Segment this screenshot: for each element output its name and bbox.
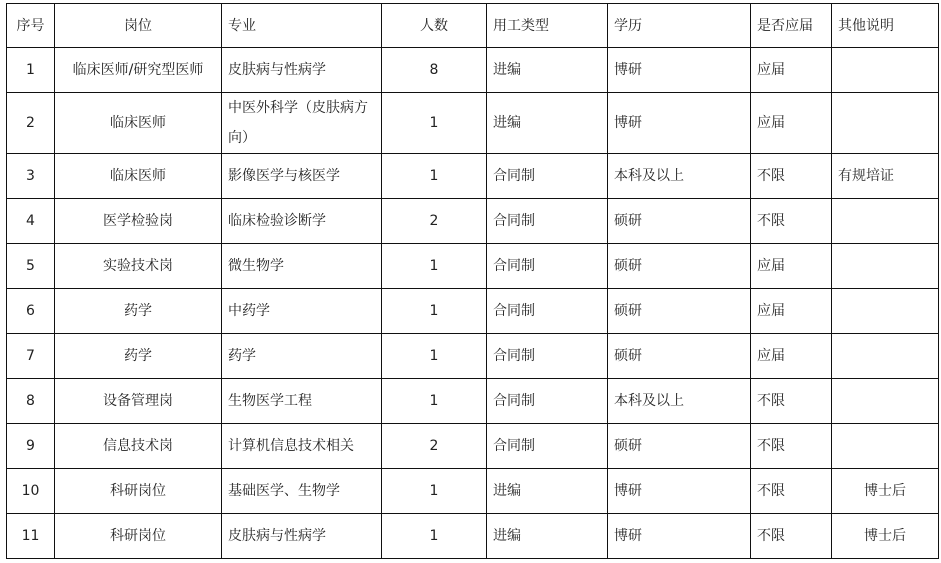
cell-employment-type: 进编: [487, 514, 608, 559]
cell-position: 临床医师: [55, 154, 222, 199]
header-fresh-grad: 是否应届: [751, 4, 832, 48]
cell-count: 1: [382, 93, 487, 154]
cell-major: 中医外科学（皮肤病方向）: [222, 93, 382, 154]
cell-education: 博研: [608, 514, 751, 559]
cell-position: 实验技术岗: [55, 244, 222, 289]
cell-education: 本科及以上: [608, 379, 751, 424]
table-row: 6 药学 中药学 1 合同制 硕研 应届: [7, 289, 939, 334]
recruitment-table: 序号 岗位 专业 人数 用工类型 学历 是否应届 其他说明 1 临床医师/研究型…: [6, 3, 939, 559]
header-position: 岗位: [55, 4, 222, 48]
cell-fresh-grad: 不限: [751, 424, 832, 469]
cell-notes: [832, 93, 939, 154]
cell-employment-type: 合同制: [487, 424, 608, 469]
table-row: 3 临床医师 影像医学与核医学 1 合同制 本科及以上 不限 有规培证: [7, 154, 939, 199]
cell-fresh-grad: 不限: [751, 514, 832, 559]
cell-employment-type: 进编: [487, 93, 608, 154]
cell-no: 10: [7, 469, 55, 514]
table-row: 8 设备管理岗 生物医学工程 1 合同制 本科及以上 不限: [7, 379, 939, 424]
cell-count: 8: [382, 48, 487, 93]
cell-notes: 博士后: [832, 514, 939, 559]
cell-education: 硕研: [608, 289, 751, 334]
cell-major: 影像医学与核医学: [222, 154, 382, 199]
cell-count: 1: [382, 154, 487, 199]
table-row: 1 临床医师/研究型医师 皮肤病与性病学 8 进编 博研 应届: [7, 48, 939, 93]
cell-major: 生物医学工程: [222, 379, 382, 424]
cell-fresh-grad: 不限: [751, 469, 832, 514]
cell-major: 皮肤病与性病学: [222, 514, 382, 559]
header-major: 专业: [222, 4, 382, 48]
cell-employment-type: 进编: [487, 469, 608, 514]
cell-position: 药学: [55, 289, 222, 334]
cell-education: 本科及以上: [608, 154, 751, 199]
cell-no: 11: [7, 514, 55, 559]
table-row: 11 科研岗位 皮肤病与性病学 1 进编 博研 不限 博士后: [7, 514, 939, 559]
cell-count: 1: [382, 469, 487, 514]
table-row: 2 临床医师 中医外科学（皮肤病方向） 1 进编 博研 应届: [7, 93, 939, 154]
cell-no: 2: [7, 93, 55, 154]
cell-fresh-grad: 不限: [751, 199, 832, 244]
cell-count: 1: [382, 244, 487, 289]
cell-education: 博研: [608, 48, 751, 93]
cell-education: 硕研: [608, 244, 751, 289]
cell-notes: [832, 199, 939, 244]
cell-employment-type: 合同制: [487, 244, 608, 289]
cell-employment-type: 合同制: [487, 379, 608, 424]
cell-position: 设备管理岗: [55, 379, 222, 424]
cell-position: 临床医师: [55, 93, 222, 154]
cell-notes: 有规培证: [832, 154, 939, 199]
cell-no: 3: [7, 154, 55, 199]
cell-count: 1: [382, 289, 487, 334]
cell-education: 硕研: [608, 424, 751, 469]
cell-position: 临床医师/研究型医师: [55, 48, 222, 93]
cell-employment-type: 合同制: [487, 154, 608, 199]
table-row: 4 医学检验岗 临床检验诊断学 2 合同制 硕研 不限: [7, 199, 939, 244]
header-notes: 其他说明: [832, 4, 939, 48]
cell-position: 药学: [55, 334, 222, 379]
cell-notes: 博士后: [832, 469, 939, 514]
cell-employment-type: 进编: [487, 48, 608, 93]
cell-count: 1: [382, 334, 487, 379]
cell-no: 9: [7, 424, 55, 469]
cell-count: 2: [382, 199, 487, 244]
cell-notes: [832, 48, 939, 93]
cell-no: 1: [7, 48, 55, 93]
cell-major: 皮肤病与性病学: [222, 48, 382, 93]
cell-major: 药学: [222, 334, 382, 379]
table-row: 5 实验技术岗 微生物学 1 合同制 硕研 应届: [7, 244, 939, 289]
cell-no: 8: [7, 379, 55, 424]
cell-employment-type: 合同制: [487, 334, 608, 379]
cell-major: 中药学: [222, 289, 382, 334]
cell-count: 1: [382, 514, 487, 559]
cell-major: 基础医学、生物学: [222, 469, 382, 514]
cell-position: 科研岗位: [55, 514, 222, 559]
cell-position: 信息技术岗: [55, 424, 222, 469]
cell-position: 医学检验岗: [55, 199, 222, 244]
cell-fresh-grad: 应届: [751, 289, 832, 334]
cell-no: 7: [7, 334, 55, 379]
cell-education: 博研: [608, 469, 751, 514]
cell-employment-type: 合同制: [487, 289, 608, 334]
cell-no: 6: [7, 289, 55, 334]
header-count: 人数: [382, 4, 487, 48]
cell-fresh-grad: 不限: [751, 154, 832, 199]
cell-fresh-grad: 应届: [751, 48, 832, 93]
cell-position: 科研岗位: [55, 469, 222, 514]
cell-fresh-grad: 应届: [751, 93, 832, 154]
header-row: 序号 岗位 专业 人数 用工类型 学历 是否应届 其他说明: [7, 4, 939, 48]
cell-count: 1: [382, 379, 487, 424]
cell-education: 硕研: [608, 199, 751, 244]
cell-employment-type: 合同制: [487, 199, 608, 244]
header-employment-type: 用工类型: [487, 4, 608, 48]
cell-notes: [832, 424, 939, 469]
cell-education: 博研: [608, 93, 751, 154]
cell-notes: [832, 379, 939, 424]
cell-no: 5: [7, 244, 55, 289]
table-row: 9 信息技术岗 计算机信息技术相关 2 合同制 硕研 不限: [7, 424, 939, 469]
cell-major: 计算机信息技术相关: [222, 424, 382, 469]
cell-notes: [832, 244, 939, 289]
table-row: 10 科研岗位 基础医学、生物学 1 进编 博研 不限 博士后: [7, 469, 939, 514]
cell-education: 硕研: [608, 334, 751, 379]
cell-no: 4: [7, 199, 55, 244]
cell-fresh-grad: 应届: [751, 244, 832, 289]
cell-count: 2: [382, 424, 487, 469]
header-education: 学历: [608, 4, 751, 48]
header-no: 序号: [7, 4, 55, 48]
cell-fresh-grad: 应届: [751, 334, 832, 379]
cell-notes: [832, 289, 939, 334]
cell-major: 临床检验诊断学: [222, 199, 382, 244]
cell-major: 微生物学: [222, 244, 382, 289]
cell-notes: [832, 334, 939, 379]
cell-fresh-grad: 不限: [751, 379, 832, 424]
table-row: 7 药学 药学 1 合同制 硕研 应届: [7, 334, 939, 379]
